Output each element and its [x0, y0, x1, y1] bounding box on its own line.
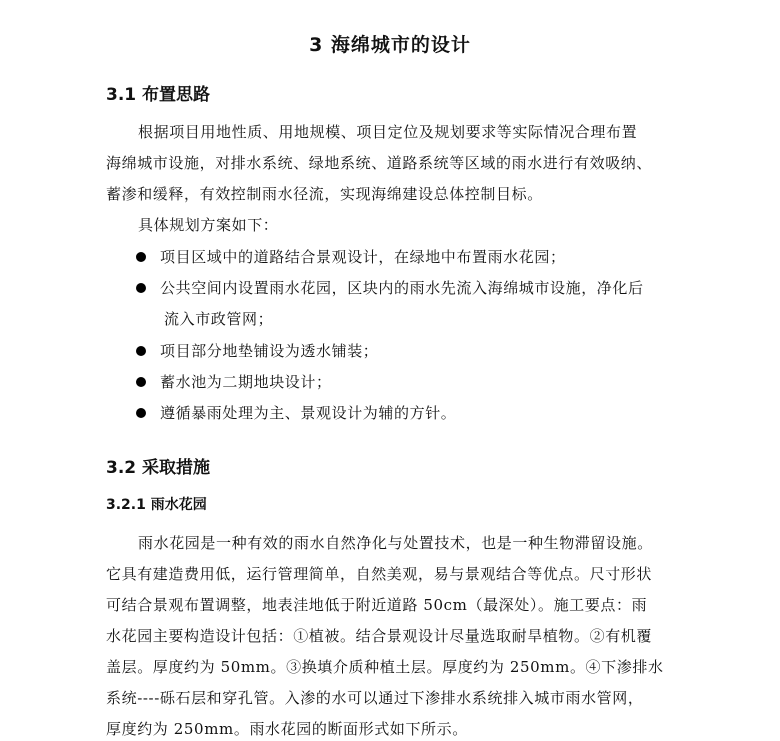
paragraph-line: 蓄渗和缓释，有效控制雨水径流，实现海绵建设总体控制目标。	[106, 183, 543, 204]
paragraph-line: 根据项目用地性质、用地规模、项目定位及规划要求等实际情况合理布置	[138, 121, 637, 142]
paragraph-line: 雨水花园是一种有效的雨水自然净化与处置技术，也是一种生物滞留设施。	[138, 532, 653, 553]
paragraph-line: 可结合景观布置调整，地表洼地低于附近道路 50cm（最深处）。施工要点：雨	[106, 594, 647, 615]
paragraph-line: 厚度约为 250mm。雨水花园的断面形式如下所示。	[106, 718, 468, 739]
list-item: 项目部分地垫铺设为透水铺装；	[136, 340, 378, 361]
bullet-icon	[136, 252, 146, 262]
paragraph-line: 海绵城市设施，对排水系统、绿地系统、道路系统等区域的雨水进行有效吸纳、	[106, 152, 652, 173]
chapter-title: 3 海绵城市的设计	[0, 30, 780, 57]
paragraph-line: 系统----砾石层和穿孔管。入渗的水可以通过下渗排水系统排入城市雨水管网，	[106, 687, 643, 708]
list-item: 项目区域中的道路结合景观设计，在绿地中布置雨水花园；	[136, 246, 566, 267]
list-item: 公共空间内设置雨水花园，区块内的雨水先流入海绵城市设施，净化后	[136, 277, 644, 298]
list-intro: 具体规划方案如下：	[138, 214, 278, 235]
bullet-icon	[136, 346, 146, 356]
paragraph-line: 水花园主要构造设计包括：①植被。结合景观设计尽量选取耐旱植物。②有机覆	[106, 625, 652, 646]
paragraph-line: 它具有建造费用低，运行管理简单，自然美观，易与景观结合等优点。尺寸形状	[106, 563, 652, 584]
subsection-heading-3-2-1: 3.2.1 雨水花园	[106, 494, 207, 514]
section-heading-3-1: 3.1 布置思路	[106, 80, 210, 105]
bullet-icon	[136, 283, 146, 293]
bullet-icon	[136, 408, 146, 418]
bullet-icon	[136, 377, 146, 387]
section-heading-3-2: 3.2 采取措施	[106, 453, 210, 478]
document-page: 3 海绵城市的设计 3.1 布置思路 根据项目用地性质、用地规模、项目定位及规划…	[0, 0, 780, 741]
list-item-continuation: 流入市政管网；	[164, 308, 273, 329]
list-item: 蓄水池为二期地块设计；	[136, 371, 332, 392]
list-item: 遵循暴雨处理为主、景观设计为辅的方针。	[136, 402, 456, 423]
paragraph-line: 盖层。厚度约为 50mm。③换填介质种植土层。厚度约为 250mm。④下渗排水	[106, 656, 664, 677]
